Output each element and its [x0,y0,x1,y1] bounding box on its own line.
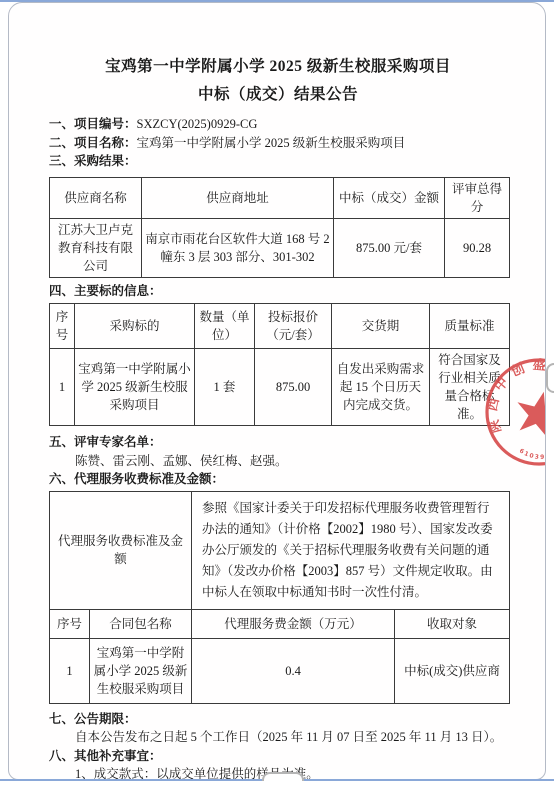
cell-seq: 1 [50,349,75,426]
section-agency-fee: 六、代理服务收费标准及金额： [49,470,507,489]
section-experts: 五、评审专家名单： [49,433,507,452]
section-project-name-label: 二、项目名称： [49,136,137,150]
header-quantity: 数量（单位） [195,304,255,349]
table-header-row: 序号 采购标的 数量（单位） 投标报价（元/套） 交货期 质量标准 [50,304,510,349]
experts-list: 陈赞、雷云刚、孟娜、侯红梅、赵强。 [49,452,507,471]
header-review-score: 评审总得分 [445,177,510,218]
document-title: 宝鸡第一中学附属小学 2025 级新生校服采购项目 中标（成交）结果公告 [49,53,507,109]
announcement-period-text: 自本公告发布之日起 5 个工作日（2025 年 11 月 07 日至 2025 … [49,728,507,747]
document-page: 宝鸡第一中学附属小学 2025 级新生校服采购项目 中标（成交）结果公告 一、项… [8,2,546,780]
header-package-name: 合同包名称 [90,609,192,638]
table-row: 1 宝鸡第一中学附属小学 2025 级新生校服采购项目 0.4 中标(成交)供应… [50,638,510,703]
section-other-matters: 八、其他补充事宜： [49,747,507,766]
viewport-top-border [0,0,554,2]
cell-package-name: 宝鸡第一中学附属小学 2025 级新生校服采购项目 [90,638,192,703]
cell-fee-text: 参照《国家计委关于印发招标代理服务收费管理暂行办法的通知》（计价格【2002】1… [192,491,510,609]
cell-fee-payer: 中标(成交)供应商 [395,638,510,703]
header-bid-price: 投标报价（元/套） [255,304,332,349]
cell-fee-amount: 0.4 [192,638,395,703]
cell-quality: 符合国家及行业相关质量合格标准。 [430,349,510,426]
header-award-amount: 中标（成交）金额 [334,177,445,218]
header-subject: 采购标的 [75,304,195,349]
cell-delivery: 自发出采购需求起 15 个日历天内完成交货。 [332,349,430,426]
supplier-result-table: 供应商名称 供应商地址 中标（成交）金额 评审总得分 江苏大卫卢克教育科技有限公… [49,177,510,278]
section-project-name-value: 宝鸡第一中学附属小学 2025 级新生校服采购项目 [137,136,406,150]
section-announcement-period: 七、公告期限： [49,710,507,729]
title-line-1: 宝鸡第一中学附属小学 2025 级新生校服采购项目 [49,53,507,81]
bottom-drag-handle[interactable] [262,772,304,781]
cell-award-amount: 875.00 元/套 [334,218,445,277]
section-main-subject: 四、主要标的信息： [49,282,507,301]
cell-fee-label: 代理服务收费标准及金额 [50,491,192,609]
header-quality: 质量标准 [430,304,510,349]
header-delivery: 交货期 [332,304,430,349]
table-row: 1 宝鸡第一中学附属小学 2025 级新生校服采购项目 1 套 875.00 自… [50,349,510,426]
document-content: 宝鸡第一中学附属小学 2025 级新生校服采购项目 中标（成交）结果公告 一、项… [9,53,545,780]
subject-info-table: 序号 采购标的 数量（单位） 投标报价（元/套） 交货期 质量标准 1 宝鸡第一… [49,303,510,426]
section-project-number-value: SXZCY(2025)0929-CG [137,117,258,131]
fee-standard-row: 代理服务收费标准及金额 参照《国家计委关于印发招标代理服务收费管理暂行办法的通知… [50,491,510,609]
cell-review-score: 90.28 [445,218,510,277]
header-seq: 序号 [50,609,90,638]
cell-supplier-name: 江苏大卫卢克教育科技有限公司 [50,218,142,277]
cell-seq: 1 [50,638,90,703]
section-experts-label: 五、评审专家名单： [49,435,162,449]
title-line-2: 中标（成交）结果公告 [49,81,507,109]
header-fee-amount: 代理服务费金额（万元） [192,609,395,638]
cell-quantity: 1 套 [195,349,255,426]
section-project-number: 一、项目编号：SXZCY(2025)0929-CG [49,115,507,134]
section-announcement-period-label: 七、公告期限： [49,712,137,726]
header-seq: 序号 [50,304,75,349]
header-fee-payer: 收取对象 [395,609,510,638]
section-procurement-result-label: 三、采购结果： [49,154,137,168]
table-row: 江苏大卫卢克教育科技有限公司 南京市雨花台区软件大道 168 号 2 幢东 3 … [50,218,510,277]
table-header-row: 供应商名称 供应商地址 中标（成交）金额 评审总得分 [50,177,510,218]
table-header-row: 序号 合同包名称 代理服务费金额（万元） 收取对象 [50,609,510,638]
cell-subject: 宝鸡第一中学附属小学 2025 级新生校服采购项目 [75,349,195,426]
right-drag-handle[interactable] [546,363,554,393]
header-supplier-name: 供应商名称 [50,177,142,218]
section-project-number-label: 一、项目编号： [49,117,137,131]
agency-fee-table: 代理服务收费标准及金额 参照《国家计委关于印发招标代理服务收费管理暂行办法的通知… [49,491,510,704]
section-procurement-result: 三、采购结果： [49,152,507,171]
section-other-matters-label: 八、其他补充事宜： [49,749,162,763]
section-agency-fee-label: 六、代理服务收费标准及金额： [49,472,224,486]
cell-bid-price: 875.00 [255,349,332,426]
cell-supplier-address: 南京市雨花台区软件大道 168 号 2 幢东 3 层 303 部分、301-30… [142,218,334,277]
section-project-name: 二、项目名称：宝鸡第一中学附属小学 2025 级新生校服采购项目 [49,134,507,153]
section-main-subject-label: 四、主要标的信息： [49,284,162,298]
header-supplier-address: 供应商地址 [142,177,334,218]
